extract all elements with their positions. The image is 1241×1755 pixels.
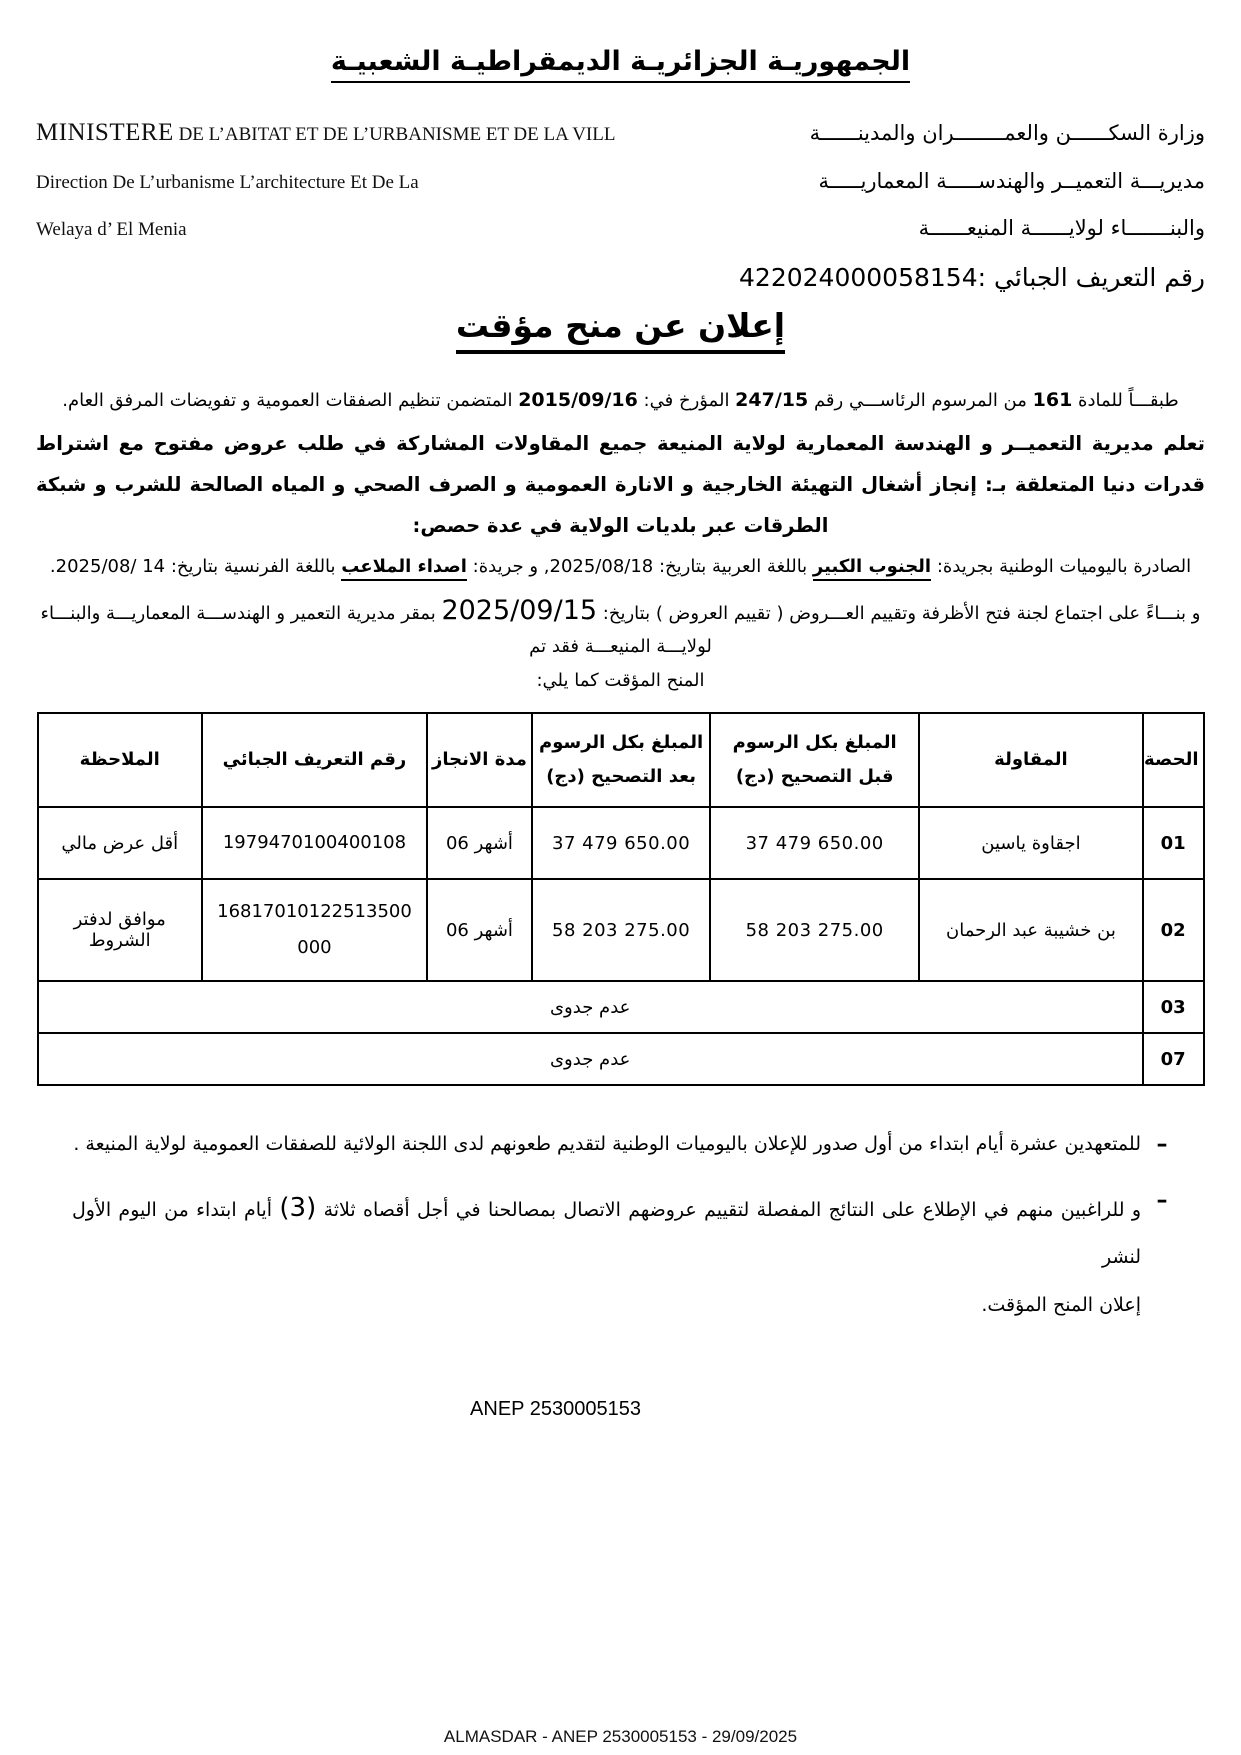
amount-after: 37 479 650.00 bbox=[532, 807, 710, 879]
list-item: – و للراغبين منهم في الإطلاع على النتائج… bbox=[72, 1180, 1183, 1327]
ministry-line-fr: MINISTERE DE L’ABITAT ET DE L’URBANISME … bbox=[36, 119, 615, 147]
dash-bullet: – bbox=[1141, 1180, 1183, 1327]
tax-id-label: رقم التعريف الجبائي : bbox=[978, 263, 1205, 292]
evaluation-date: 2025/09/15 bbox=[441, 595, 597, 626]
announcement-title: إعلان عن منح مؤقت bbox=[36, 306, 1205, 345]
table-row: 01 اجقاوة ياسين 37 479 650.00 37 479 650… bbox=[38, 807, 1204, 879]
page-footer: ALMASDAR - ANEP 2530005153 - 29/09/2025 bbox=[0, 1727, 1241, 1747]
newspapers-paragraph: الصادرة باليوميات الوطنية بجريدة: الجنوب… bbox=[36, 553, 1205, 582]
announcement-paragraph: تعلم مديرية التعميــر و الهندسة المعماري… bbox=[36, 424, 1205, 547]
company-name: اجقاوة ياسين bbox=[919, 807, 1143, 879]
results-notice-continuation: إعلان المنح المؤقت. bbox=[72, 1285, 1141, 1327]
no-award-cell: عدم جدوى bbox=[38, 1033, 1143, 1085]
col-company: المقاولة bbox=[919, 713, 1143, 807]
direction-line-ar: مديريـــة التعميــر والهندســـــة المعما… bbox=[819, 169, 1205, 193]
award-intro-line: المنح المؤقت كما يلي: bbox=[36, 667, 1205, 696]
amount-before: 58 203 275.00 bbox=[710, 879, 919, 981]
col-duration: مدة الانجاز bbox=[427, 713, 532, 807]
meeting-paragraph: و بنـــاءً على اجتماع لجنة فتح الأظرفة و… bbox=[36, 589, 1205, 661]
company-tax-id: 1979470100400108 bbox=[202, 807, 427, 879]
col-note: الملاحظة bbox=[38, 713, 202, 807]
col-tax-id: رقم التعريف الجبائي bbox=[202, 713, 427, 807]
lot-number: 03 bbox=[1143, 981, 1204, 1033]
newspaper-french-date: 2025/08/ 14 bbox=[56, 556, 165, 577]
duration: 06 أشهر bbox=[427, 807, 532, 879]
ministry-rest-fr: DE L’ABITAT ET DE L’URBANISME ET DE LA V… bbox=[174, 124, 616, 145]
article-number: 161 bbox=[1033, 389, 1073, 411]
col-amount-before: المبلغ بكل الرسوم قبل التصحيح (دج) bbox=[710, 713, 919, 807]
lot-number: 01 bbox=[1143, 807, 1204, 879]
dash-bullet: – bbox=[1141, 1124, 1183, 1166]
direction-row: Direction De L’urbanisme L’architecture … bbox=[36, 169, 1205, 194]
direction-line-fr: Direction De L’urbanisme L’architecture … bbox=[36, 172, 419, 194]
results-notice: و للراغبين منهم في الإطلاع على النتائج ا… bbox=[72, 1180, 1141, 1327]
anep-reference: ANEP 2530005153 bbox=[0, 1398, 1111, 1421]
decree-number: 247/15 bbox=[735, 389, 808, 411]
table-row: 03 عدم جدوى bbox=[38, 981, 1204, 1033]
notes-list: – للمتعهدين عشرة أيام ابتداء من أول صدور… bbox=[36, 1124, 1205, 1327]
welaya-row: Welaya d’ El Menia والبنـــــــاء لولايـ… bbox=[36, 216, 1205, 241]
decree-date: 2015/09/16 bbox=[518, 389, 638, 411]
lot-number: 07 bbox=[1143, 1033, 1204, 1085]
ministry-line-ar: وزارة السكــــــن والعمــــــــران والمد… bbox=[810, 121, 1205, 145]
organization-header: MINISTERE DE L’ABITAT ET DE L’URBANISME … bbox=[36, 119, 1205, 241]
col-amount-after: المبلغ بكل الرسوم بعد التصحيح (دج) bbox=[532, 713, 710, 807]
list-item: – للمتعهدين عشرة أيام ابتداء من أول صدور… bbox=[72, 1124, 1183, 1166]
remark: أقل عرض مالي bbox=[38, 807, 202, 879]
duration: 06 أشهر bbox=[427, 879, 532, 981]
award-table: الحصة المقاولة المبلغ بكل الرسوم قبل الت… bbox=[37, 712, 1205, 1086]
ministry-row: MINISTERE DE L’ABITAT ET DE L’URBANISME … bbox=[36, 119, 1205, 147]
remark: موافق لدفتر الشروط bbox=[38, 879, 202, 981]
decree-paragraph: طبقـــاً للمادة 161 من المرسوم الرئاســـ… bbox=[36, 385, 1205, 416]
table-row: 07 عدم جدوى bbox=[38, 1033, 1204, 1085]
table-header-row: الحصة المقاولة المبلغ بكل الرسوم قبل الت… bbox=[38, 713, 1204, 807]
company-tax-id: 16817010122513500 000 bbox=[202, 879, 427, 981]
newspaper-arabic-date: 2025/08/18 bbox=[550, 556, 654, 577]
three-days-number: (3) bbox=[279, 1193, 316, 1223]
table-row: 02 بن خشيبة عبد الرحمان 58 203 275.00 58… bbox=[38, 879, 1204, 981]
appeal-notice: للمتعهدين عشرة أيام ابتداء من أول صدور ل… bbox=[73, 1124, 1141, 1166]
lot-number: 02 bbox=[1143, 879, 1204, 981]
newspaper-french-name: اصداء الملاعب bbox=[341, 556, 467, 581]
welaya-line-fr: Welaya d’ El Menia bbox=[36, 219, 187, 241]
amount-before: 37 479 650.00 bbox=[710, 807, 919, 879]
document-page: الجمهوريـة الجزائريـة الديمقراطيـة الشعب… bbox=[0, 0, 1241, 1755]
no-award-cell: عدم جدوى bbox=[38, 981, 1143, 1033]
tax-id-line: رقم التعريف الجبائي :422024000058154 bbox=[36, 263, 1205, 292]
amount-after: 58 203 275.00 bbox=[532, 879, 710, 981]
ministry-word-fr: MINISTERE bbox=[36, 119, 174, 146]
col-lot: الحصة bbox=[1143, 713, 1204, 807]
republic-title: الجمهوريـة الجزائريـة الديمقراطيـة الشعب… bbox=[36, 46, 1205, 77]
welaya-line-ar: والبنـــــــاء لولايــــــة المنيعــــــ… bbox=[919, 216, 1205, 240]
newspaper-arabic-name: الجنوب الكبير bbox=[813, 556, 931, 581]
tax-id-value: 422024000058154 bbox=[739, 263, 978, 292]
company-name: بن خشيبة عبد الرحمان bbox=[919, 879, 1143, 981]
